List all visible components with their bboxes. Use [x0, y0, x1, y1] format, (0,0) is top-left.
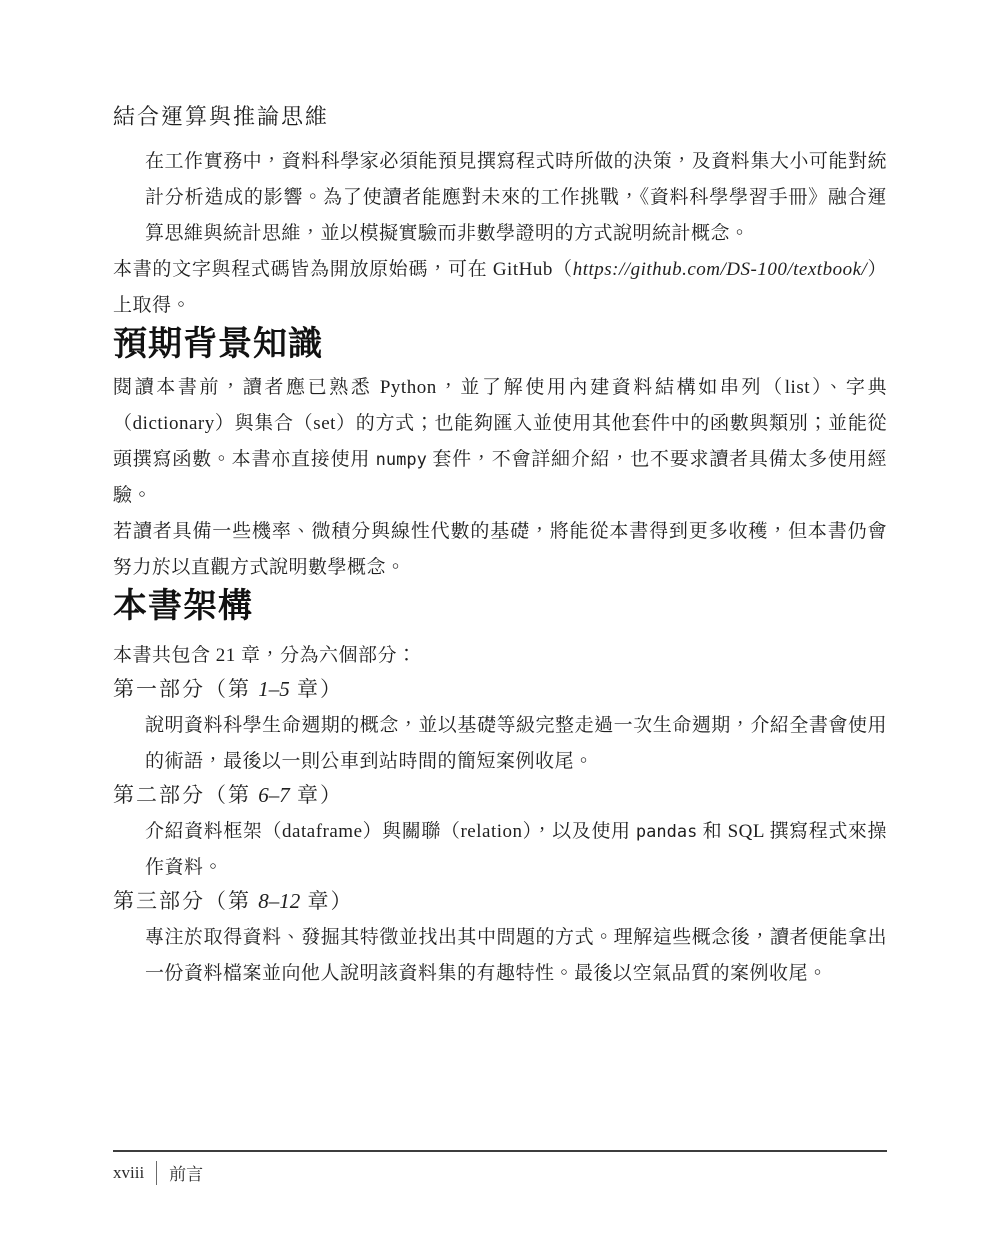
page-number: xviii	[113, 1163, 144, 1183]
page-footer: xviii 前言	[113, 1150, 887, 1185]
part-3-heading: 第三部分（第 8–12 章）	[113, 886, 887, 916]
part-3-body: 專注於取得資料、發掘其特徵並找出其中問題的方式。理解這些概念後，讀者便能拿出一份…	[145, 920, 887, 992]
heading-expected-background: 預期背景知識	[113, 324, 887, 364]
book-page: 結合運算與推論思維 在工作實務中，資料科學家必須能預見撰寫程式時所做的決策，及資…	[0, 0, 1000, 1242]
heading-book-structure: 本書架構	[113, 586, 887, 626]
background-knowledge-paragraph: 閱讀本書前，讀者應已熟悉 Python，並了解使用內建資料結構如串列（list）…	[113, 370, 887, 514]
math-basis-paragraph: 若讀者具備一些機率、微積分與線性代數的基礎，將能從本書得到更多收穫，但本書仍會努…	[113, 514, 887, 586]
part-2-heading: 第二部分（第 6–7 章）	[113, 780, 887, 810]
intro-paragraph: 在工作實務中，資料科學家必須能預見撰寫程式時所做的決策，及資料集大小可能對統計分…	[145, 144, 887, 252]
part-1-body: 說明資料科學生命週期的概念，並以基礎等級完整走過一次生命週期，介紹全書會使用的術…	[145, 708, 887, 780]
part-2-body: 介紹資料框架（dataframe）與關聯（relation），以及使用 pand…	[145, 814, 887, 886]
section-heading-combining-thinking: 結合運算與推論思維	[113, 102, 887, 132]
footer-section-label: 前言	[169, 1160, 203, 1185]
part-1-heading: 第一部分（第 1–5 章）	[113, 674, 887, 704]
footer-separator	[156, 1161, 157, 1185]
opensource-paragraph: 本書的文字與程式碼皆為開放原始碼，可在 GitHub（https://githu…	[113, 252, 887, 324]
structure-intro-paragraph: 本書共包含 21 章，分為六個部分：	[113, 638, 887, 674]
